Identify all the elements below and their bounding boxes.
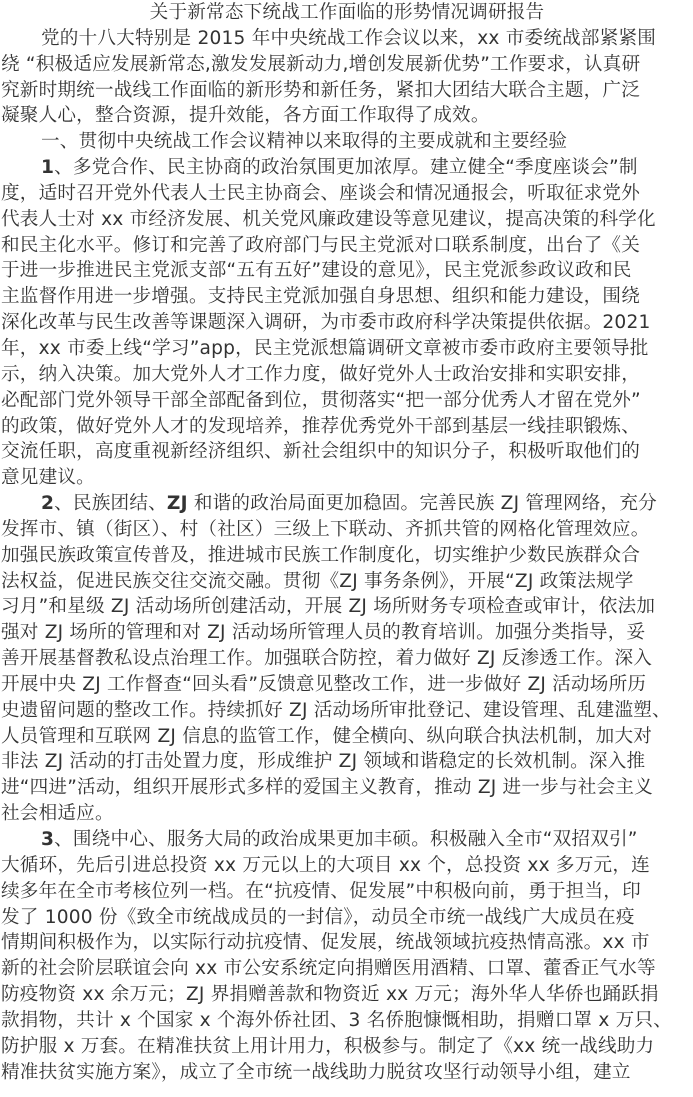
paragraph-line: 意见建议。 (1, 465, 693, 491)
paragraph-line: 人员管理和互联网 ZJ 信息的监管工作，健全横向、纵向联合执法机制，加大对 (1, 724, 693, 750)
paragraph-line: 开展中央 ZJ 工作督查“回头看”反馈意见整改工作，进一步做好 ZJ 活动场所历 (1, 672, 693, 698)
section-item-2: 2、民族团结、ZJ 和谐的政治局面更加稳固。完善民族 ZJ 管理网络，充分 发挥… (1, 491, 693, 827)
paragraph-line: 和民主化水平。修订和完善了政府部门与民主党派对口联系制度，出台了《关 (1, 233, 693, 259)
document-title: 关于新常态下统战工作面临的形势情况调研报告 (1, 0, 693, 26)
section-item-3: 3、围绕中心、服务大局的政治成果更加丰硕。积极融入全市“双招双引” 大循环，先后… (1, 827, 693, 1085)
paragraph-line: 大循环，先后引进总投资 xx 万元以上的大项目 xx 个，总投资 xx 多万元，… (1, 853, 693, 879)
item-number: 2 (41, 493, 54, 514)
paragraph-line: 情期间积极作为，以实际行动抗疫情、促发展，统战领域抗疫热情高涨。xx 市 (1, 930, 693, 956)
paragraph-line: 代表人士对 xx 市经济发展、机关党风廉政建设等意见建议，提高决策的科学化 (1, 207, 693, 233)
item-heading-pre: 、民族团结、 (54, 493, 167, 514)
paragraph-line: 党的十八大特别是 2015 年中央统战工作会议以来，xx 市委统战部紧紧围 (1, 26, 693, 52)
paragraph-line: 于进一步推进民主党派支部“五有五好”建设的意见》，民主党派参政议政和民 (1, 258, 693, 284)
paragraph-line: 防疫物资 xx 余万元；ZJ 界捐赠善款和物资近 xx 万元；海外华人华侨也踊跃… (1, 982, 693, 1008)
paragraph-line: 示，纳入决策。加大党外人才工作力度，做好党外人士政治安排和实职安排， (1, 362, 693, 388)
paragraph-line: 加强民族政策宣传普及，推进城市民族工作制度化，切实维护少数民族群众合 (1, 543, 693, 569)
paragraph-first-line: 2、民族团结、ZJ 和谐的政治局面更加稳固。完善民族 ZJ 管理网络，充分 (1, 491, 693, 517)
item-heading-text: 和谐的政治局面更加稳固。完善民族 ZJ 管理网络，充分 (188, 493, 657, 514)
paragraph-line: 防护服 x 万套。在精准扶贫上用计用力，积极参与。制定了《xx 统一战线助力 (1, 1034, 693, 1060)
paragraph-line: 度，适时召开党外代表人士民主协商会、座谈会和情况通报会，听取征求党外 (1, 181, 693, 207)
paragraph-first-line: 3、围绕中心、服务大局的政治成果更加丰硕。积极融入全市“双招双引” (1, 827, 693, 853)
paragraph-line: 的政策，做好党外人才的发现培养，推荐优秀党外干部到基层一线挂职锻炼、 (1, 414, 693, 440)
paragraph-line: 主监督作用进一步增强。支持民主党派加强自身思想、组织和能力建设，围绕 (1, 284, 693, 310)
paragraph-line: 新的社会阶层联谊会向 xx 市公安系统定向捐赠医用酒精、口罩、藿香正气水等 (1, 956, 693, 982)
paragraph-line: 法权益，促进民族交往交流交融。贯彻《ZJ 事务条例》，开展“ZJ 政策法规学 (1, 569, 693, 595)
item-heading-bold: ZJ (167, 493, 188, 514)
paragraph-line: 凝聚人心，整合资源，提升效能，各方面工作取得了成效。 (1, 103, 693, 129)
paragraph-line: 交流任职，高度重视新经济组织、新社会组织中的知识分子，积极听取他们的 (1, 439, 693, 465)
paragraph-line: 进“四进”活动，组织开展形式多样的爱国主义教育，推动 ZJ 进一步与社会主义 (1, 775, 693, 801)
paragraph-line: 习月”和星级 ZJ 活动场所创建活动，开展 ZJ 场所财务专项检查或审计，依法加 (1, 594, 693, 620)
paragraph-line: 强对 ZJ 场所的管理和对 ZJ 活动场所管理人员的教育培训。加强分类指导，妥 (1, 620, 693, 646)
paragraph-line: 非法 ZJ 活动的打击处置力度，形成维护 ZJ 领域和谐稳定的长效机制。深入推 (1, 749, 693, 775)
intro-paragraph: 党的十八大特别是 2015 年中央统战工作会议以来，xx 市委统战部紧紧围 绕 … (1, 26, 693, 129)
document-page: 关于新常态下统战工作面临的形势情况调研报告 党的十八大特别是 2015 年中央统… (1, 0, 693, 1085)
paragraph-line: 续多年在全市考核位列一档。在“抗疫情、促发展”中积极向前，勇于担当，印 (1, 879, 693, 905)
paragraph-line: 社会相适应。 (1, 801, 693, 827)
paragraph-line: 款捐物，共计 x 个国家 x 个海外侨社团、3 名侨胞慷慨相助，捐赠口罩 x 万… (1, 1008, 693, 1034)
item-heading-text: 、多党合作、民主协商的政治氛围更加浓厚。建立健全“季度座谈会”制 (54, 157, 637, 178)
paragraph-line: 究新时期统一战线工作面临的新形势和新任务，紧扣大团结大联合主题，广泛 (1, 78, 693, 104)
paragraph-line: 发挥市、镇（街区）、村（社区）三级上下联动、齐抓共管的网格化管理效应。 (1, 517, 693, 543)
paragraph-line: 精准扶贫实施方案》，成立了全市统一战线助力脱贫攻坚行动领导小组，建立 (1, 1060, 693, 1086)
paragraph-line: 深化改革与民生改善等课题深入调研，为市委市政府科学决策提供依据。2021 (1, 310, 693, 336)
paragraph-line: 必配部门党外领导干部全部配备到位，贯彻落实“把一部分优秀人才留在党外” (1, 388, 693, 414)
paragraph-first-line: 1、多党合作、民主协商的政治氛围更加浓厚。建立健全“季度座谈会”制 (1, 155, 693, 181)
section-item-1: 1、多党合作、民主协商的政治氛围更加浓厚。建立健全“季度座谈会”制 度，适时召开… (1, 155, 693, 491)
item-number: 1 (41, 157, 54, 178)
item-heading-text: 、围绕中心、服务大局的政治成果更加丰硕。积极融入全市“双招双引” (54, 829, 637, 850)
paragraph-line: 史遗留问题的整改工作。持续抓好 ZJ 活动场所审批登记、建设管理、乱建滥塑、 (1, 698, 693, 724)
section-heading: 一、贯彻中央统战工作会议精神以来取得的主要成就和主要经验 (1, 129, 693, 155)
item-number: 3 (41, 829, 54, 850)
paragraph-line: 发了 1000 份《致全市统战成员的一封信》，动员全市统一战线广大成员在疫 (1, 905, 693, 931)
paragraph-line: 善开展基督教私设点治理工作。加强联合防控，着力做好 ZJ 反渗透工作。深入 (1, 646, 693, 672)
paragraph-line: 年，xx 市委上线“学习”app，民主党派想篇调研文章被市委市政府主要领导批 (1, 336, 693, 362)
paragraph-line: 绕 “积极适应发展新常态,激发发展新动力,增创发展新优势”工作要求，认真研 (1, 52, 693, 78)
